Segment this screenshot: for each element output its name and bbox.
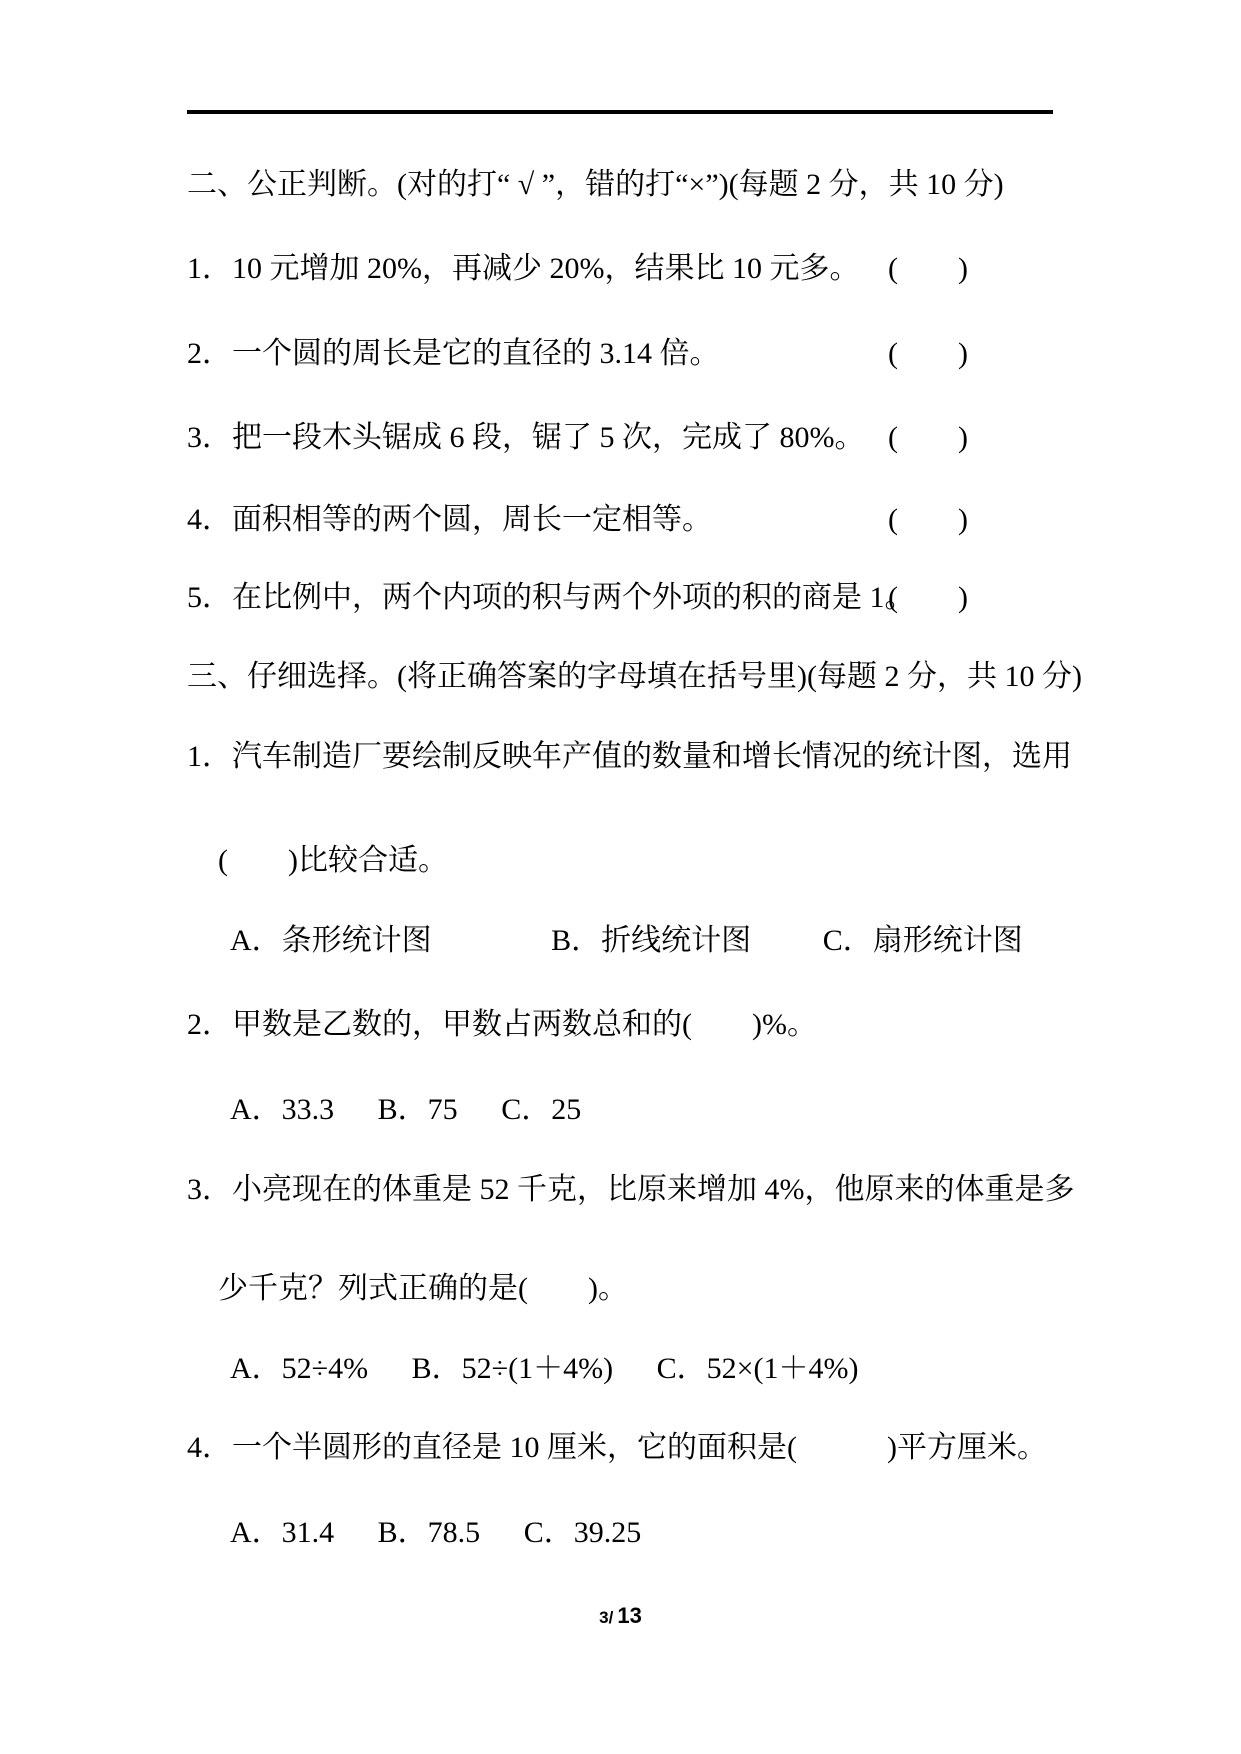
judge-item-4: 4．面积相等的两个圆，周长一定相等。 ( ) bbox=[187, 498, 712, 542]
choice-q1-line1: 1．汽车制造厂要绘制反映年产值的数量和增长情况的统计图，选用 bbox=[187, 735, 1072, 779]
choice-q4-option-b: B．78.5 bbox=[378, 1516, 481, 1549]
choice-q4-option-c: C．39.25 bbox=[524, 1516, 642, 1549]
choice-q3-option-b: B．52÷(1＋4%) bbox=[412, 1352, 613, 1385]
judge-item-5-text: 5．在比例中，两个内项的积与两个外项的积的商是 1。 bbox=[187, 581, 915, 614]
page-separator: / bbox=[609, 1608, 614, 1627]
judge-item-3-text: 3．把一段木头锯成 6 段，锯了 5 次，完成了 80%。 bbox=[187, 421, 865, 454]
choice-q2-option-b: B．75 bbox=[378, 1093, 458, 1126]
judge-item-2-answer-blank: ( ) bbox=[888, 332, 968, 376]
judge-item-5: 5．在比例中，两个内项的积与两个外项的积的商是 1。 ( ) bbox=[187, 576, 915, 620]
judge-item-3: 3．把一段木头锯成 6 段，锯了 5 次，完成了 80%。 ( ) bbox=[187, 416, 865, 460]
judge-item-5-answer-blank: ( ) bbox=[888, 576, 968, 620]
choice-q1-option-a: A．条形统计图 bbox=[230, 924, 432, 957]
choice-q3-line2: 少千克？列式正确的是( )。 bbox=[218, 1267, 628, 1311]
judge-item-4-answer-blank: ( ) bbox=[888, 498, 968, 542]
judge-item-4-text: 4．面积相等的两个圆，周长一定相等。 bbox=[187, 503, 712, 536]
choice-q4-option-a: A．31.4 bbox=[230, 1516, 334, 1549]
choice-q4-options: A．31.4 B．78.5 C．39.25 bbox=[230, 1511, 641, 1555]
choice-q3-line1: 3．小亮现在的体重是 52 千克，比原来增加 4%，他原来的体重是多 bbox=[187, 1168, 1075, 1212]
choice-q4-line1: 4．一个半圆形的直径是 10 厘米，它的面积是( )平方厘米。 bbox=[187, 1426, 1047, 1470]
judge-item-2: 2．一个圆的周长是它的直径的 3.14 倍。 ( ) bbox=[187, 332, 720, 376]
judge-item-2-text: 2．一个圆的周长是它的直径的 3.14 倍。 bbox=[187, 337, 720, 370]
exam-document-page: 二、公正判断。(对的打“ √ ”，错的打“×”)(每题 2 分，共 10 分) … bbox=[0, 0, 1241, 1754]
page-total: 13 bbox=[617, 1603, 641, 1628]
choice-q3-option-c: C．52×(1＋4%) bbox=[657, 1352, 859, 1385]
header-rule bbox=[187, 110, 1053, 114]
choice-q1-option-c: C．扇形统计图 bbox=[823, 924, 1023, 957]
judge-item-1-text: 1．10 元增加 20%，再减少 20%，结果比 10 元多。 bbox=[187, 252, 859, 285]
judge-section-heading: 二、公正判断。(对的打“ √ ”，错的打“×”)(每题 2 分，共 10 分) bbox=[187, 163, 1004, 207]
choice-q3-options: A．52÷4% B．52÷(1＋4%) C．52×(1＋4%) bbox=[230, 1347, 858, 1391]
choice-q1-option-b: B．折线统计图 bbox=[551, 924, 751, 957]
choice-q2-option-c: C．25 bbox=[501, 1093, 581, 1126]
choice-q1-options: A．条形统计图 B．折线统计图 C．扇形统计图 bbox=[230, 919, 1023, 963]
choice-q1-line2: ( )比较合适。 bbox=[218, 839, 448, 883]
choice-q2-option-a: A．33.3 bbox=[230, 1093, 334, 1126]
choice-q2-line1: 2．甲数是乙数的，甲数占两数总和的( )%。 bbox=[187, 1003, 817, 1047]
page-number: 3 bbox=[599, 1608, 608, 1627]
judge-item-1-answer-blank: ( ) bbox=[888, 247, 968, 291]
choice-section-heading: 三、仔细选择。(将正确答案的字母填在括号里)(每题 2 分，共 10 分) bbox=[187, 655, 1082, 699]
choice-q2-options: A．33.3 B．75 C．25 bbox=[230, 1088, 581, 1132]
judge-item-1: 1．10 元增加 20%，再减少 20%，结果比 10 元多。 ( ) bbox=[187, 247, 859, 291]
page-footer: 3/13 bbox=[0, 1592, 1241, 1636]
judge-item-3-answer-blank: ( ) bbox=[888, 416, 968, 460]
choice-q3-option-a: A．52÷4% bbox=[230, 1352, 368, 1385]
